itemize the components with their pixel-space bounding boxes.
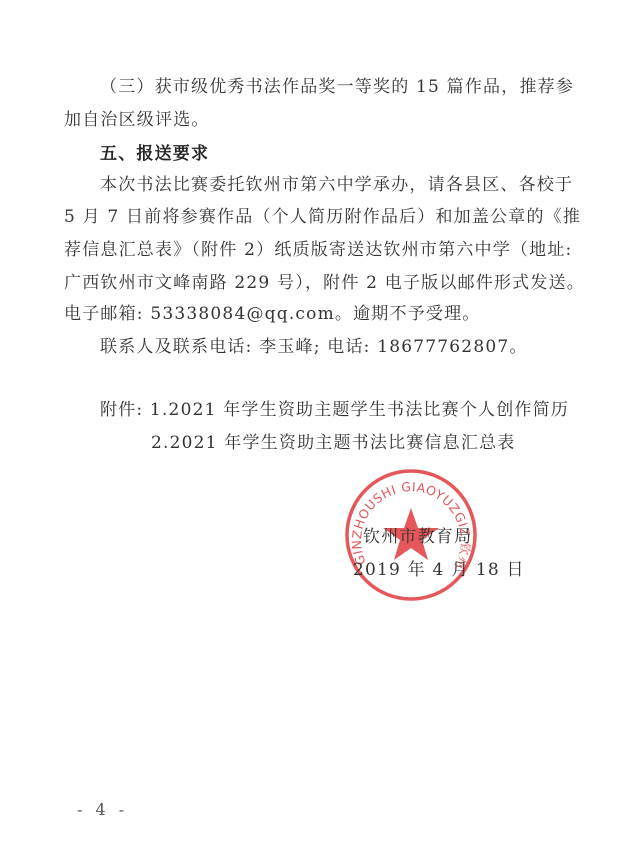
signature-date: 2019 年 4 月 18 日 xyxy=(353,559,525,581)
requirement-line-2: 5 月 7 日前将参赛作品（个人简历附作品后）和加盖公章的《推 xyxy=(64,206,581,228)
svg-text:GINZHOUSHI GIAOYUZGIZ 钦州市教育局: GINZHOUSHI GIAOYUZGIZ 钦州市教育局 xyxy=(344,468,473,572)
requirement-line-4: 广西钦州市文峰南路 229 号），附件 2 电子版以邮件形式发送。 xyxy=(64,272,585,294)
page-number: - 4 - xyxy=(77,800,128,819)
requirement-line-5: 电子邮箱: 53338084@qq.com。逾期不予受理。 xyxy=(64,303,481,325)
attachment-2: 2.2021 年学生资助主题书法比赛信息汇总表 xyxy=(151,432,516,454)
paragraph-item3-line1: （三）获市级优秀书法作品奖一等奖的 15 篇作品，推荐参 xyxy=(100,76,574,98)
attachment-1: 附件: 1.2021 年学生资助主题学生书法比赛个人创作简历 xyxy=(100,399,569,421)
section-heading-5: 五、报送要求 xyxy=(100,143,209,165)
requirement-line-1: 本次书法比赛委托钦州市第六中学承办，请各县区、各校于 xyxy=(100,174,573,196)
contact-line: 联系人及联系电话: 李玉峰; 电话: 18677762807。 xyxy=(100,336,528,358)
requirement-line-3: 荐信息汇总表》（附件 2）纸质版寄送达钦州市第六中学（地址: xyxy=(64,239,572,261)
paragraph-item3-line2: 加自治区级评选。 xyxy=(64,109,210,131)
signature-organization: 钦州市教育局 xyxy=(363,526,472,548)
